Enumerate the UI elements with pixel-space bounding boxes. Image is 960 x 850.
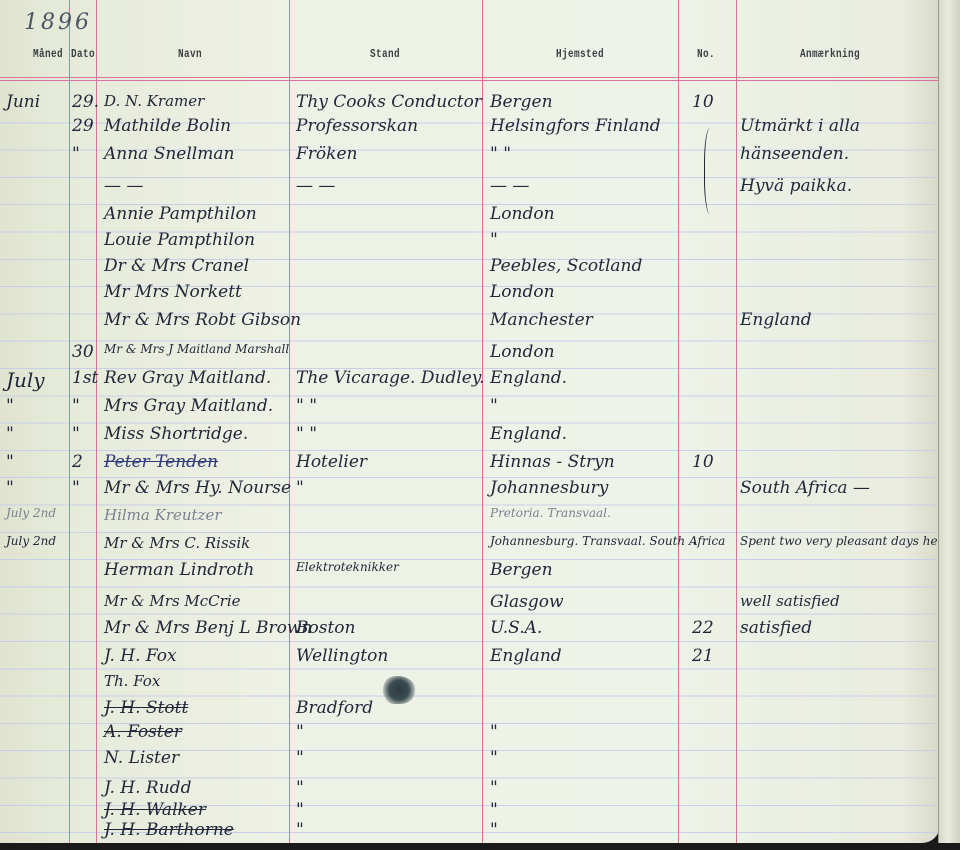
entry-residence: " " — [490, 144, 511, 164]
entry-occupation: " — [296, 478, 304, 498]
entry-occupation: " — [296, 800, 304, 820]
entry-residence: Manchester — [490, 310, 593, 330]
entry-residence: London — [490, 342, 555, 362]
column-header-residence: Hjemsted — [541, 47, 619, 61]
entry-month: Juni — [6, 92, 40, 112]
entry-month: " — [6, 478, 14, 498]
entry-date: " — [72, 396, 80, 416]
entry-name: N. Lister — [104, 748, 179, 768]
entry-residence: " — [490, 820, 498, 840]
entry-occupation: " " — [296, 396, 317, 416]
entry-name: Mr & Mrs Robt Gibson — [104, 310, 301, 330]
entry-name: A. Foster — [104, 722, 182, 742]
entry-date: 2 — [72, 452, 83, 472]
entry-name: — — — [104, 176, 143, 196]
entry-date: " — [72, 424, 80, 444]
entry-residence: " — [490, 722, 498, 742]
entry-name: Peter Tenden — [104, 452, 218, 472]
header-rule — [0, 77, 940, 78]
register-page: 1896 Måned Dato Navn Stand Hjemsted No. … — [0, 0, 940, 843]
entry-residence: Bergen — [490, 92, 553, 112]
entry-date: 29 — [72, 116, 94, 136]
column-rule — [69, 0, 70, 843]
entry-residence: England. — [490, 424, 567, 444]
entry-month: July 2nd — [6, 506, 56, 520]
entry-month: " — [6, 424, 14, 444]
entry-month: " — [6, 396, 14, 416]
entry-occupation: Fröken — [296, 144, 357, 164]
entry-residence: — — — [490, 176, 529, 196]
entry-occupation: Wellington — [296, 646, 388, 666]
column-header-number: No. — [690, 47, 721, 61]
entry-occupation: Elektroteknikker — [296, 560, 399, 574]
entry-month: " — [6, 452, 14, 472]
entry-residence: Helsingfors Finland — [490, 116, 661, 136]
entry-residence: Pretoria. Transvaal. — [490, 506, 611, 520]
entry-residence: " — [490, 230, 498, 250]
entry-residence: " — [490, 748, 498, 768]
entry-occupation: Hotelier — [296, 452, 367, 472]
entry-number: 10 — [692, 452, 714, 472]
year-label: 1896 — [24, 10, 92, 35]
entry-month: July 2nd — [6, 534, 56, 548]
entry-remarks: England — [740, 310, 812, 330]
entry-number: 22 — [692, 618, 714, 638]
entry-remarks: satisfied — [740, 618, 812, 638]
entry-occupation: The Vicarage. Dudley. — [296, 368, 485, 388]
entry-number: 10 — [692, 92, 714, 112]
entry-date: 30 — [72, 342, 94, 362]
entry-date: 29. — [72, 92, 99, 112]
entry-occupation: Professorskan — [296, 116, 418, 136]
entry-occupation: " — [296, 820, 304, 840]
book-page-edge — [938, 0, 960, 843]
entry-residence: England. — [490, 368, 567, 388]
entry-occupation: Bradford — [296, 698, 373, 718]
entry-residence: Glasgow — [490, 592, 564, 612]
entry-residence: England — [490, 646, 562, 666]
entry-date: " — [72, 144, 80, 164]
column-rule — [96, 0, 97, 843]
entry-occupation: " — [296, 748, 304, 768]
entry-name: J. H. Stott — [104, 698, 188, 718]
entry-name: Dr & Mrs Cranel — [104, 256, 249, 276]
entry-residence: Johannesburg. Transvaal. South Africa — [490, 534, 680, 548]
entry-name: Th. Fox — [104, 672, 160, 690]
ink-blot — [382, 676, 416, 704]
entry-occupation: Boston — [296, 618, 355, 638]
entry-residence: " — [490, 778, 498, 798]
entry-residence: Peebles, Scotland — [490, 256, 642, 276]
entry-name: Mr & Mrs Benj L Brown — [104, 618, 312, 638]
entry-date: " — [72, 478, 80, 498]
entry-number: · — [692, 534, 697, 554]
entry-date: 1st — [72, 368, 98, 388]
entry-occupation: Thy Cooks Conductor — [296, 92, 482, 112]
entry-residence: U.S.A. — [490, 618, 542, 638]
column-rule — [482, 0, 483, 843]
entry-name: J. H. Walker — [104, 800, 206, 820]
column-header-month: Måned — [25, 47, 72, 61]
entry-name: Herman Lindroth — [104, 560, 254, 580]
entry-residence: " — [490, 396, 498, 416]
entry-name: Hilma Kreutzer — [104, 506, 222, 524]
bracket-mark — [704, 128, 719, 214]
entry-name: Annie Pampthilon — [104, 204, 257, 224]
entry-name: Mr & Mrs McCrie — [104, 592, 241, 610]
entry-remarks: Spent two very pleasant days here. — [740, 534, 940, 548]
header-rule — [0, 80, 940, 81]
entry-name: J. H. Fox — [104, 646, 177, 666]
entry-residence: London — [490, 204, 555, 224]
entry-name: Mr Mrs Norkett — [104, 282, 242, 302]
entry-name: J. H. Rudd — [104, 778, 191, 798]
column-header-occupation: Stand — [350, 47, 420, 61]
entry-name: Mr & Mrs C. Rissik — [104, 534, 250, 552]
column-rule — [736, 0, 737, 843]
entry-remarks: Hyvä paikka. — [740, 176, 852, 196]
entry-occupation: " " — [296, 424, 317, 444]
entry-number: 21 — [692, 646, 714, 666]
column-header-remarks: Anmærkning — [783, 47, 877, 61]
column-rule — [289, 0, 290, 843]
entry-occupation: — — — [296, 176, 335, 196]
entry-remarks: hänseenden. — [740, 144, 849, 164]
entry-remarks: South Africa — — [740, 478, 870, 498]
entry-occupation: " — [296, 722, 304, 742]
column-header-name: Navn — [159, 47, 221, 61]
entry-name: Anna Snellman — [104, 144, 234, 164]
entry-residence: London — [490, 282, 555, 302]
entry-name: Rev Gray Maitland. — [104, 368, 271, 388]
entry-name: J. H. Barthorne — [104, 820, 234, 840]
entry-name: Miss Shortridge. — [104, 424, 248, 444]
entry-residence: Hinnas - Stryn — [490, 452, 615, 472]
entry-remarks: Utmärkt i alla — [740, 116, 860, 136]
entry-residence: Johannesbury — [490, 478, 608, 498]
entry-month: July — [6, 368, 45, 392]
entry-remarks: well satisfied — [740, 592, 840, 610]
entry-name: Mr & Mrs Hy. Nourse — [104, 478, 291, 498]
entry-name: Mr & Mrs J Maitland Marshall — [104, 342, 289, 356]
entry-name: Mathilde Bolin — [104, 116, 231, 136]
entry-residence: " — [490, 800, 498, 820]
entry-residence: Bergen — [490, 560, 553, 580]
column-rule — [678, 0, 679, 843]
entry-name: Louie Pampthilon — [104, 230, 255, 250]
entry-occupation: " — [296, 778, 304, 798]
entry-name: Mrs Gray Maitland. — [104, 396, 273, 416]
column-header-date: Dato — [70, 47, 97, 61]
entry-name: D. N. Kramer — [104, 92, 204, 110]
